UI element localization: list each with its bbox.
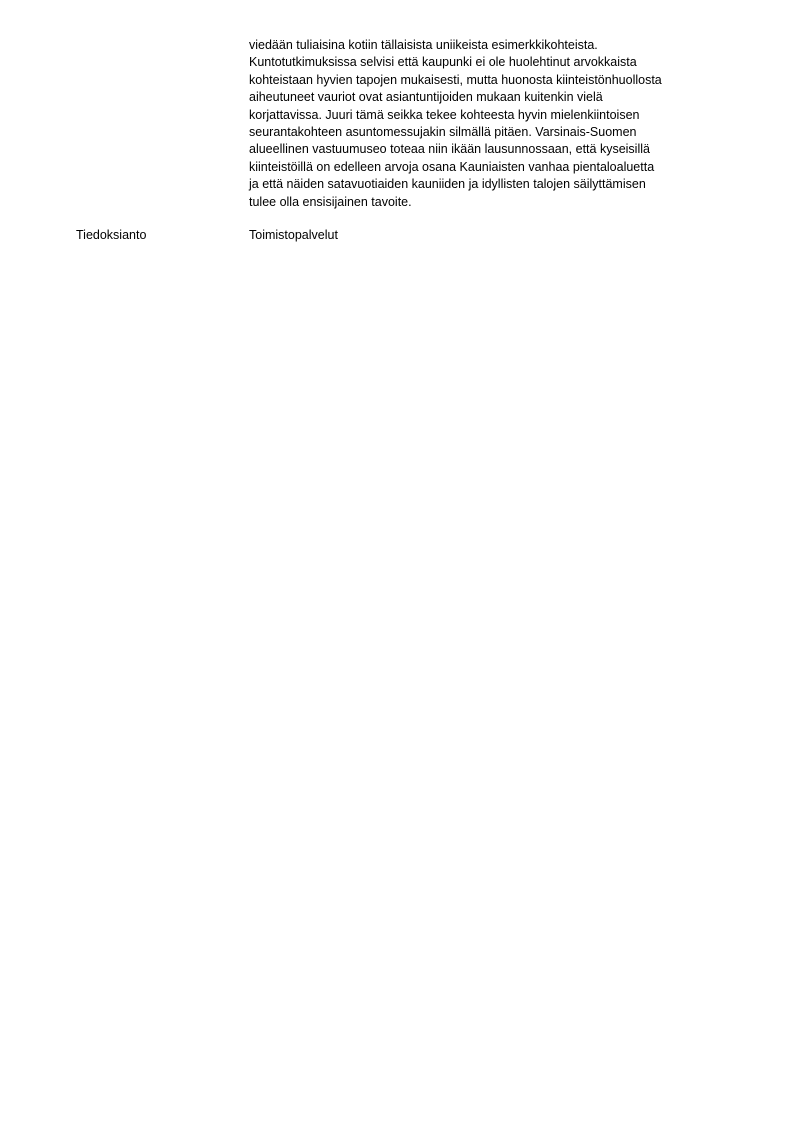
paragraph-line: Kuntotutkimuksissa selvisi että kaupunki… xyxy=(249,54,749,71)
paragraph-line: viedään tuliaisina kotiin tällaisista un… xyxy=(249,37,749,54)
body-paragraph: viedään tuliaisina kotiin tällaisista un… xyxy=(249,37,749,211)
paragraph-line: seurantakohteen asuntomessujakin silmäll… xyxy=(249,124,749,141)
paragraph-line: kiinteistöillä on edelleen arvoja osana … xyxy=(249,159,749,176)
paragraph-line: alueellinen vastuumuseo toteaa niin ikää… xyxy=(249,141,749,158)
paragraph-line: korjattavissa. Juuri tämä seikka tekee k… xyxy=(249,107,749,124)
paragraph-line: tulee olla ensisijainen tavoite. xyxy=(249,194,749,211)
distribution-label: Tiedoksianto xyxy=(76,227,146,244)
paragraph-line: aiheutuneet vauriot ovat asiantuntijoide… xyxy=(249,89,749,106)
distribution-value: Toimistopalvelut xyxy=(249,227,338,244)
paragraph-line: ja että näiden satavuotiaiden kauniiden … xyxy=(249,176,749,193)
paragraph-line: kohteistaan hyvien tapojen mukaisesti, m… xyxy=(249,72,749,89)
